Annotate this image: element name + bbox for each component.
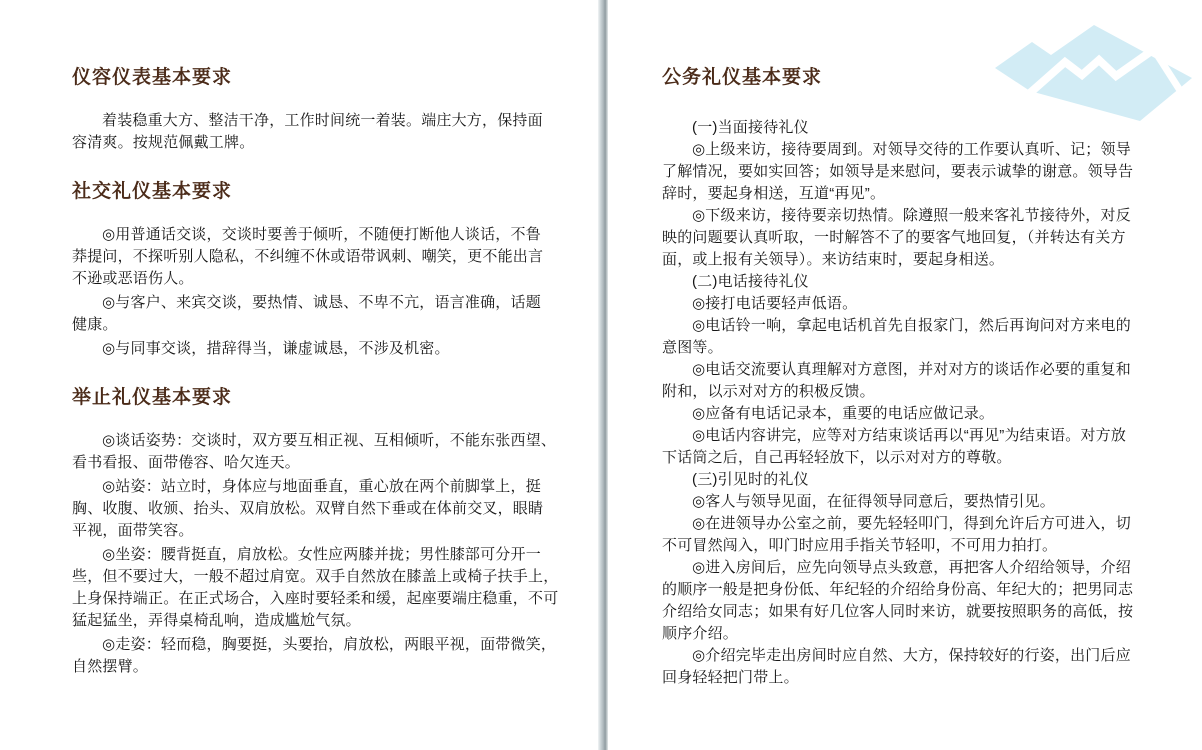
paragraph: ◎站姿：站立时，身体应与地面垂直，重心放在两个前脚掌上，挺 胸、收腹、收颁、抬头… (72, 476, 564, 542)
paragraph: ◎与客户、来宾交谈，要热情、诚恳、不卑不亢，语言准确，话题 健康。 (72, 292, 564, 336)
section-official-etiquette: 公务礼仪基本要求 (一)当面接待礼仪 ◎上级来访，接待要周到。对领导交待的工作要… (662, 64, 1158, 689)
section-heading-behavior: 举止礼仪基本要求 (72, 384, 564, 412)
page-spine-divider (598, 0, 608, 750)
section-appearance: 仪容仪表基本要求 着装稳重大方、整洁干净，工作时间统一着装。端庄大方，保持面 容… (72, 64, 564, 154)
section-heading-official: 公务礼仪基本要求 (662, 64, 1158, 92)
section-heading-appearance: 仪容仪表基本要求 (72, 64, 564, 92)
section-behavior-etiquette: 举止礼仪基本要求 ◎谈话姿势：交谈时，双方要互相正视、互相倾听，不能东张西望、 … (72, 384, 564, 678)
paragraph: 着装稳重大方、整洁干净，工作时间统一着装。端庄大方，保持面 容清爽。按规范佩戴工… (72, 110, 564, 154)
paragraph: ◎进入房间后，应先向领导点头致意，再把客人介绍给领导，介绍 的顺序一般是把身份低… (662, 557, 1158, 645)
right-page: 公务礼仪基本要求 (一)当面接待礼仪 ◎上级来访，接待要周到。对领导交待的工作要… (662, 64, 1158, 689)
section-social-etiquette: 社交礼仪基本要求 ◎用普通话交谈，交谈时要善于倾听，不随便打断他人谈话，不鲁 莽… (72, 178, 564, 360)
section-heading-social: 社交礼仪基本要求 (72, 178, 564, 206)
paragraph: ◎应备有电话记录本，重要的电话应做记录。 (662, 403, 1158, 425)
paragraph: ◎与同事交谈，措辞得当，谦虚诚恳，不涉及机密。 (72, 338, 564, 360)
subheading-face-to-face: (一)当面接待礼仪 (662, 117, 1158, 139)
paragraph: ◎谈话姿势：交谈时，双方要互相正视、互相倾听，不能东张西望、 看书看报、面带倦容… (72, 430, 564, 474)
paragraph: ◎用普通话交谈，交谈时要善于倾听，不随便打断他人谈话，不鲁 莽提问，不探听别人隐… (72, 224, 564, 290)
document-spread: 仪容仪表基本要求 着装稳重大方、整洁干净，工作时间统一着装。端庄大方，保持面 容… (0, 0, 1202, 750)
paragraph: ◎在进领导办公室之前，要先轻轻叩门，得到允许后方可进入，切 不可冒然闯入，叩门时… (662, 513, 1158, 557)
subheading-introduction: (三)引见时的礼仪 (662, 469, 1158, 491)
paragraph: ◎走姿：轻而稳，胸要挺，头要抬，肩放松，两眼平视，面带微笑， 自然摆臂。 (72, 634, 564, 678)
paragraph: ◎下级来访，接待要亲切热情。除遵照一般来客礼节接待外，对反 映的问题要认真听取，… (662, 205, 1158, 271)
paragraph: ◎电话交流要认真理解对方意图，并对对方的谈话作必要的重复和 附和，以示对对方的积… (662, 359, 1158, 403)
paragraph: ◎电话内容讲完，应等对方结束谈话再以“再见”为结束语。对方放 下话筒之后，自己再… (662, 425, 1158, 469)
subheading-telephone: (二)电话接待礼仪 (662, 271, 1158, 293)
paragraph: ◎接打电话要轻声低语。 (662, 293, 1158, 315)
paragraph: ◎电话铃一响，拿起电话机首先自报家门，然后再询问对方来电的 意图等。 (662, 315, 1158, 359)
paragraph: ◎介绍完毕走出房间时应自然、大方，保持较好的行姿，出门后应 回身轻轻把门带上。 (662, 645, 1158, 689)
left-page: 仪容仪表基本要求 着装稳重大方、整洁干净，工作时间统一着装。端庄大方，保持面 容… (72, 64, 564, 680)
paragraph: ◎坐姿：腰背挺直，肩放松。女性应两膝并拢；男性膝部可分开一 些，但不要过大，一般… (72, 544, 564, 632)
paragraph: ◎上级来访，接待要周到。对领导交待的工作要认真听、记；领导 了解情况，要如实回答… (662, 139, 1158, 205)
paragraph: ◎客人与领导见面，在征得领导同意后，要热情引见。 (662, 491, 1158, 513)
